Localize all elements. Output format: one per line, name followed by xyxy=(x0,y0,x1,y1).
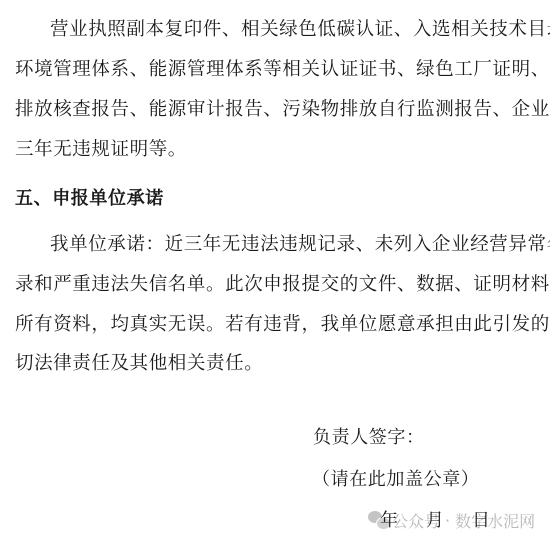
watermark-separator: · xyxy=(445,511,450,530)
date-day: 日 xyxy=(472,509,490,533)
date-month: 月 xyxy=(426,509,444,533)
seal-note: （请在此加盖公章） xyxy=(312,468,479,492)
document-page: 营业执照副本复印件、相关绿色低碳认证、入选相关技术目录、 环境管理体系、能源管理… xyxy=(0,0,550,536)
date-year: 年 xyxy=(380,509,398,533)
paragraph-line: 切法律责任及其他相关责任。 xyxy=(15,352,515,376)
section-heading: 五、申报单位承诺 xyxy=(15,187,515,211)
signer-label: 负责人签字： xyxy=(313,426,425,450)
paragraph-line: 排放核查报告、能源审计报告、污染物排放自行监测报告、企业近 xyxy=(15,98,515,122)
paragraph-line: 我单位承诺：近三年无违法违规记录、未列入企业经营异常名 xyxy=(50,233,550,257)
paragraph-line: 营业执照副本复印件、相关绿色低碳认证、入选相关技术目录、 xyxy=(50,18,550,42)
paragraph-line: 录和严重违法失信名单。此次申报提交的文件、数据、证明材料等 xyxy=(15,273,515,297)
paragraph-line: 所有资料，均真实无误。若有违背，我单位愿意承担由此引发的一 xyxy=(15,313,515,337)
paragraph-line: 三年无违规证明等。 xyxy=(15,138,515,162)
paragraph-line: 环境管理体系、能源管理体系等相关认证证书、绿色工厂证明、碳 xyxy=(15,58,515,82)
watermark-account: 数字水泥网 xyxy=(455,509,535,532)
